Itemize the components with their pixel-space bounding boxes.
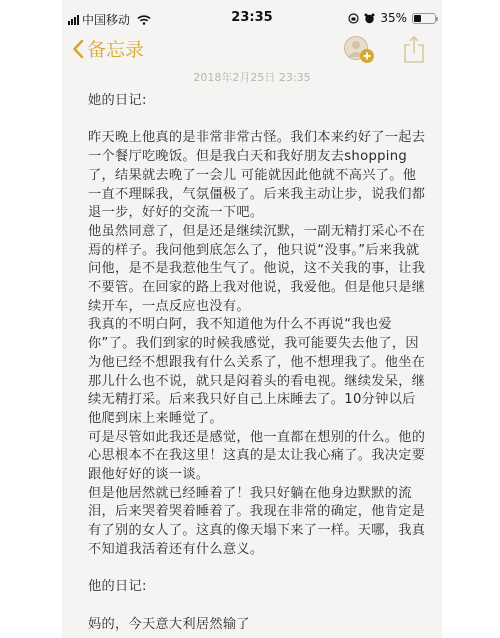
blank-line: [88, 597, 428, 616]
share-icon[interactable]: [402, 34, 426, 64]
his-diary-heading: 他的日记:: [88, 578, 428, 597]
note-paragraph: 昨天晚上他真的是非常非常古怪。我们本来约好了一起去一个餐厅吃晚饭。但是我白天和我…: [88, 129, 428, 223]
battery-icon: [412, 13, 436, 24]
nav-bar: 备忘录: [62, 32, 442, 66]
note-paragraph-partial: 妈的，今天意大利居然输了: [88, 616, 428, 635]
notes-screen: 中国移动 23:35 35%: [62, 0, 442, 638]
blank-line: [88, 111, 428, 130]
note-body[interactable]: 她的日记: 昨天晚上他真的是非常非常古怪。我们本来约好了一起去一个餐厅吃晚饭。但…: [88, 91, 428, 634]
back-button[interactable]: 备忘录: [72, 35, 144, 62]
status-right: 35%: [348, 11, 436, 25]
note-paragraph: 可是尽管如此我还是感觉，他一直都在想别的什么。他的心思根本不在我这里！这真的是太…: [88, 429, 428, 485]
back-label: 备忘录: [87, 35, 144, 62]
chevron-left-icon: [72, 39, 84, 59]
note-paragraph: 但是他居然就已经睡着了！我只好躺在他身边默默的流泪，后来哭着哭着睡着了。我现在非…: [88, 485, 428, 560]
note-paragraph: 我真的不明白阿，我不知道他为什么不再说“我也爱你”了。我们到家的时候我感觉，我可…: [88, 316, 428, 428]
note-timestamp: 2018年2月25日 23:35: [62, 69, 442, 85]
blank-line: [88, 560, 428, 579]
note-paragraph: 他虽然同意了，但是还是继续沉默，一副无精打采心不在焉的样子。我问他到底怎么了，他…: [88, 223, 428, 317]
add-person-icon[interactable]: [342, 35, 376, 65]
her-diary-heading: 她的日记:: [88, 92, 428, 111]
orientation-lock-icon: [348, 13, 359, 24]
alarm-icon: [364, 13, 375, 24]
status-bar: 中国移动 23:35 35%: [62, 8, 442, 28]
battery-percent: 35%: [380, 11, 407, 25]
